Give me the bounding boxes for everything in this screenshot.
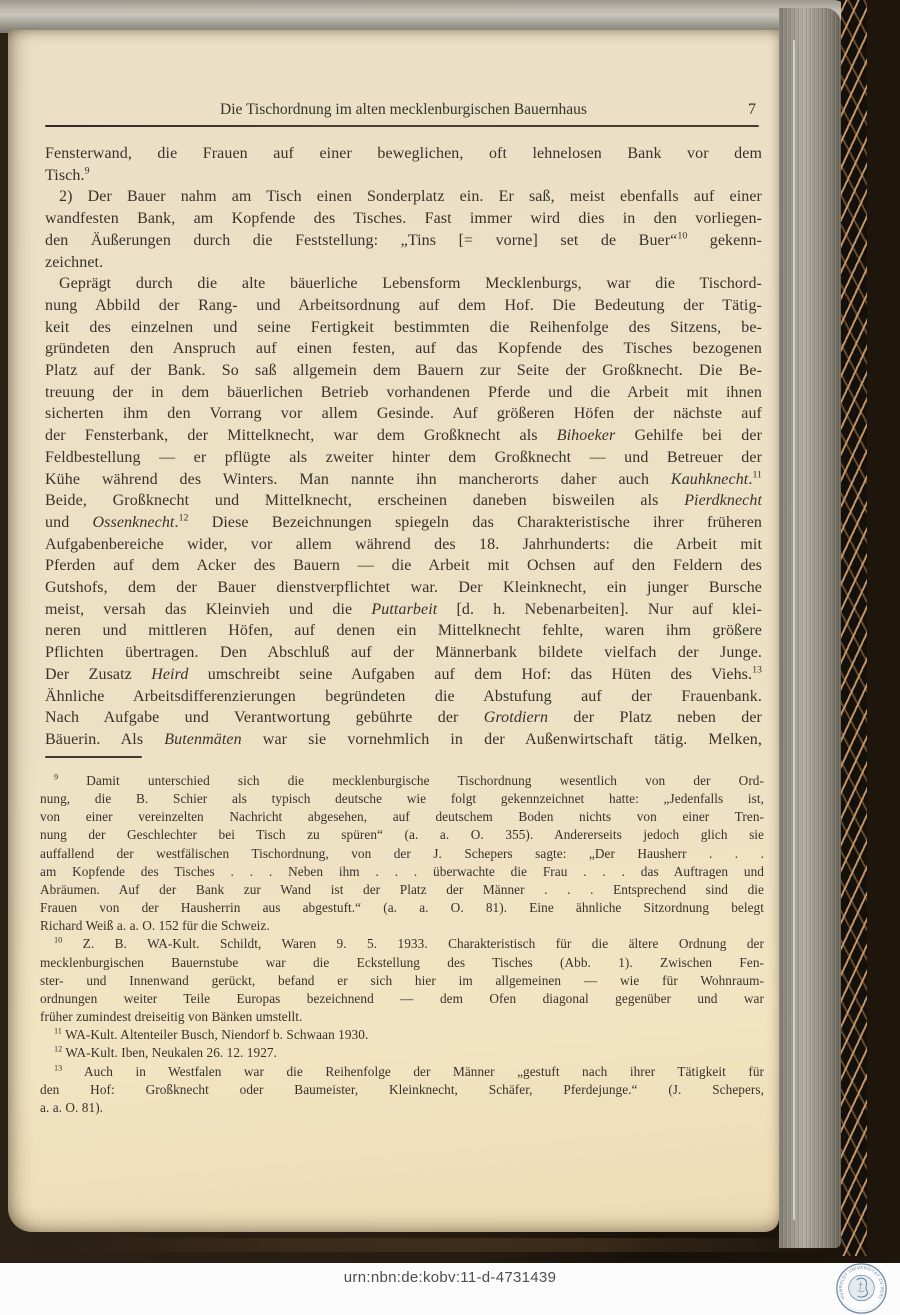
page-number: 7 (748, 100, 756, 120)
text-line: 12 WA-Kult. Iben, Neukalen 26. 12. 1927. (40, 1044, 764, 1062)
book-top-page-edges (0, 0, 848, 33)
text-line: ordnungen weiter Teile Europas bezeichne… (40, 990, 764, 1008)
footnotes: 9 Damit unterschied sich die mecklenburg… (40, 772, 764, 1117)
marbled-cover-edge (841, 0, 867, 1256)
text-line: 9 Damit unterschied sich die mecklenburg… (40, 772, 764, 790)
text-line: treuung der in dem bäuerlichen Betrieb v… (45, 382, 762, 404)
text-line: der Fensterbank, der Mittelknecht, war d… (45, 425, 762, 447)
text-line: nung Abbild der Rang- und Arbeitsordnung… (45, 295, 762, 317)
paragraph: 9 Damit unterschied sich die mecklenburg… (40, 772, 764, 935)
text-line: a. a. O. 81). (40, 1099, 764, 1117)
text-line: Pflichten übertragen. Den Abschluß auf d… (45, 642, 762, 664)
book-page-sheet: Die Tischordnung im alten mecklenburgisc… (8, 30, 779, 1232)
text-line: sicherten ihm den Vorrang vor allem Gesi… (45, 403, 762, 425)
text-line: Fensterwand, die Frauen auf einer bewegl… (45, 143, 762, 165)
text-line: auffallend der westfälischen Tischordnun… (40, 845, 764, 863)
text-line: den Hof: Großknecht oder Baumeister, Kle… (40, 1081, 764, 1099)
text-line: nung, die B. Schier als typisch deutsche… (40, 790, 764, 808)
text-line: Pferden auf dem Acker des Bauern — die A… (45, 555, 762, 577)
urn-text: urn:nbn:de:kobv:11-d-4731439 (0, 1269, 900, 1286)
scanner-footer-strip: urn:nbn:de:kobv:11-d-4731439 (0, 1263, 900, 1315)
running-head: Die Tischordnung im alten mecklenburgisc… (45, 100, 762, 122)
text-line: und Ossenknecht.12 Diese Bezeichnungen s… (45, 512, 762, 534)
text-line: Geprägt durch die alte bäuerliche Lebens… (45, 273, 762, 295)
text-line: Nach Aufgabe und Verantwortung gebührte … (45, 707, 762, 729)
text-line: den Äußerungen durch die Feststellung: „… (45, 230, 762, 252)
text-line: Aufgabenbereiche wider, vor allem währen… (45, 534, 762, 556)
fore-edge-highlight (793, 40, 795, 1220)
text-line: Gutshofs, dem der Bauer dienstverpflicht… (45, 577, 762, 599)
body-text: Fensterwand, die Frauen auf einer bewegl… (45, 143, 762, 751)
book-fore-edge-pages (779, 8, 841, 1248)
footnote-separator (45, 756, 142, 758)
text-line: wandfesten Bank, am Kopfende des Tisches… (45, 208, 762, 230)
text-line: 10 Z. B. WA-Kult. Schildt, Waren 9. 5. 1… (40, 935, 764, 953)
paragraph: 11 WA-Kult. Altenteiler Busch, Niendorf … (40, 1026, 764, 1044)
text-line: 11 WA-Kult. Altenteiler Busch, Niendorf … (40, 1026, 764, 1044)
text-line: nung der Geschlechter bei Tisch zu spüre… (40, 826, 764, 844)
text-line: Bäuerin. Als Butenmäten war sie vornehml… (45, 729, 762, 751)
text-line: Beide, Großknecht und Mittelknecht, ersc… (45, 490, 762, 512)
text-line: am Kopfende des Tisches . . . Neben ihm … (40, 863, 764, 881)
text-line: gründeten den Anspruch auf einen festen,… (45, 338, 762, 360)
page-title: Die Tischordnung im alten mecklenburgisc… (45, 100, 762, 120)
text-line: Ähnliche Arbeitsdifferenzierungen begrün… (45, 686, 762, 708)
text-line: zeichnet. (45, 252, 762, 274)
text-line: Abräumen. Auf der Bank zur Wand ist der … (40, 881, 764, 899)
text-line: mecklenburgischen Bauernstube war die Ec… (40, 954, 764, 972)
text-line: Kühe während des Winters. Man nannte ihn… (45, 469, 762, 491)
text-line: Tisch.9 (45, 165, 762, 187)
text-line: Richard Weiß a. a. O. 152 für die Schwei… (40, 917, 764, 935)
text-line: 2) Der Bauer nahm am Tisch einen Sonderp… (45, 186, 762, 208)
paragraph: Fensterwand, die Frauen auf einer bewegl… (45, 143, 762, 186)
text-line: Frauen von der Hausherrin aus abgestuft.… (40, 899, 764, 917)
scanned-book-page: Die Tischordnung im alten mecklenburgisc… (0, 0, 900, 1315)
humboldt-university-seal-logo: HUMBOLDT·UNIVERSITÄT·ZU·BERLIN (835, 1262, 888, 1315)
shadow-under-page (60, 1238, 840, 1252)
text-line: meist, versah das Kleinvieh und die Putt… (45, 599, 762, 621)
text-line: Feldbestellung — er pflügte als zweiter … (45, 447, 762, 469)
paragraph: 13 Auch in Westfalen war die Reihenfolge… (40, 1063, 764, 1117)
text-line: ster- und Innenwand gerückt, befand er s… (40, 972, 764, 990)
text-line: Platz auf der Bank. So saß allgemein dem… (45, 360, 762, 382)
text-line: früher zumindest dreiseitig von Bänken u… (40, 1008, 764, 1026)
text-line: 13 Auch in Westfalen war die Reihenfolge… (40, 1063, 764, 1081)
text-line: keit des einzelnen und seine Fertigkeit … (45, 317, 762, 339)
paragraph: 10 Z. B. WA-Kult. Schildt, Waren 9. 5. 1… (40, 935, 764, 1026)
paragraph: Geprägt durch die alte bäuerliche Lebens… (45, 273, 762, 750)
text-line: von einer vereinzelten Nachricht abgeseh… (40, 808, 764, 826)
paragraph: 12 WA-Kult. Iben, Neukalen 26. 12. 1927. (40, 1044, 764, 1062)
text-line: Der Zusatz Heird umschreibt seine Aufgab… (45, 664, 762, 686)
header-rule (45, 125, 759, 127)
text-line: neren und mittleren Höfen, auf denen ein… (45, 620, 762, 642)
paragraph: 2) Der Bauer nahm am Tisch einen Sonderp… (45, 186, 762, 273)
book-photo-background: Die Tischordnung im alten mecklenburgisc… (0, 0, 900, 1263)
